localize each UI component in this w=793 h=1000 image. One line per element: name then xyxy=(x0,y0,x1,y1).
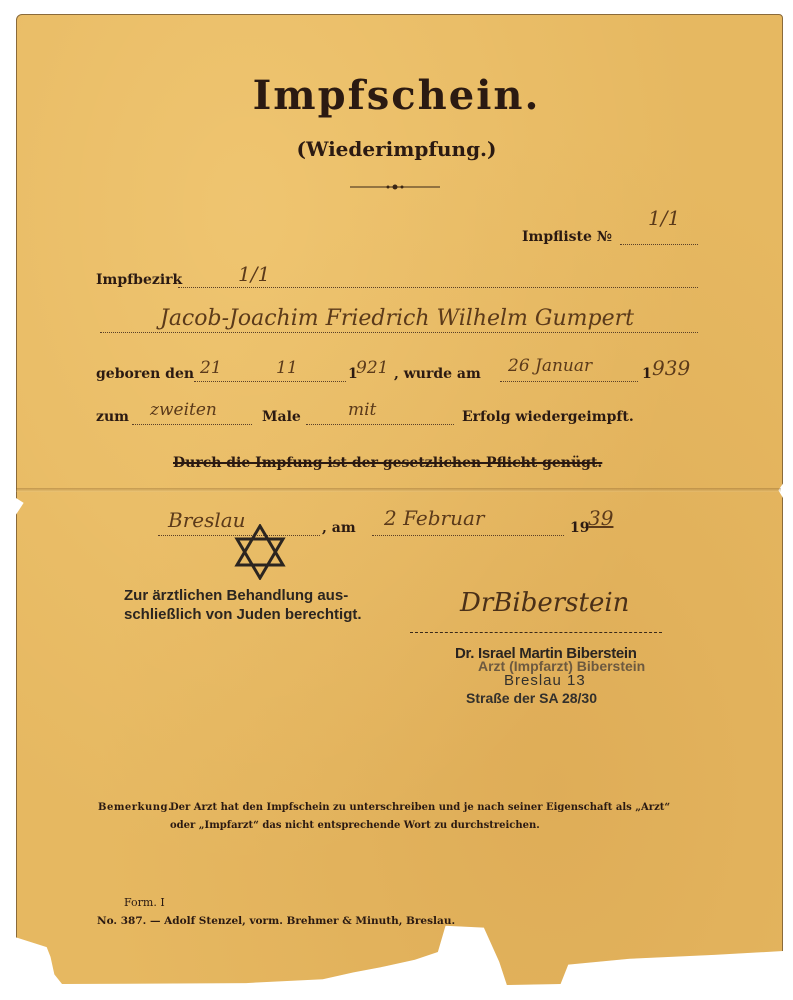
doctor-stamp-street: Straße der SA 28/30 xyxy=(466,690,597,706)
times-line xyxy=(132,424,252,425)
jewish-restriction-line-1: Zur ärztlichen Behandlung aus- xyxy=(124,587,348,604)
impfbezirk-label: Impfbezirk xyxy=(96,272,182,288)
born-label: geboren den xyxy=(96,366,194,382)
born-date-line xyxy=(194,381,346,382)
remark-line-1: Der Arzt hat den Impfschein zu unterschr… xyxy=(170,802,670,813)
date-year: 39 xyxy=(588,506,613,530)
born-month: 11 xyxy=(276,358,298,378)
impfliste-value: 1/1 xyxy=(648,206,680,230)
impfliste-label: Impfliste № xyxy=(522,229,612,245)
document-subtitle: (Wiederimpfung.) xyxy=(0,137,793,161)
star-of-david-icon xyxy=(234,524,286,580)
fold-crease xyxy=(16,488,781,492)
form-number: Form. I xyxy=(124,896,165,909)
vaccinated-year-prefix: 1 xyxy=(642,366,652,382)
zum-label: zum xyxy=(96,409,129,425)
printer-line: No. 387. — Adolf Stenzel, vorm. Brehmer … xyxy=(97,915,455,927)
date-line xyxy=(372,535,564,536)
erfolg-label: Erfolg wiedergeimpft. xyxy=(462,409,634,425)
result-line xyxy=(306,424,454,425)
impfliste-line xyxy=(620,244,698,245)
name-line xyxy=(100,332,698,333)
date-year-prefix: 19 xyxy=(570,520,589,536)
document-title: Impfschein. xyxy=(0,72,793,119)
doctor-signature: DrBiberstein xyxy=(460,588,629,618)
times-value: zweiten xyxy=(150,400,217,420)
male-label: Male xyxy=(262,409,301,425)
impfbezirk-value: 1/1 xyxy=(238,262,270,286)
remark-line-2: oder „Impfarzt“ das nicht entsprechende … xyxy=(170,820,540,831)
date-value: 2 Februar xyxy=(384,506,484,530)
impfbezirk-line xyxy=(178,287,698,288)
jewish-restriction-line-2: schließlich von Juden berechtigt. xyxy=(124,606,362,623)
vaccinated-label: , wurde am xyxy=(394,366,481,382)
am-label: , am xyxy=(322,520,356,536)
born-day: 21 xyxy=(200,358,222,378)
doctor-stamp-city: Breslau 13 xyxy=(504,672,586,689)
vaccinated-date-line xyxy=(500,381,638,382)
vaccinated-year: 939 xyxy=(652,356,690,380)
signature-line xyxy=(410,632,662,633)
struck-legal-sentence: Durch die Impfung ist der gesetzlichen P… xyxy=(173,455,602,471)
ornament-divider-icon xyxy=(350,184,440,190)
person-name: Jacob-Joachim Friedrich Wilhelm Gumpert xyxy=(160,306,634,331)
remark-label: Bemerkung. xyxy=(98,802,172,813)
result-value: mit xyxy=(348,400,376,420)
vaccinated-date: 26 Januar xyxy=(508,356,592,376)
born-year: 921 xyxy=(356,358,388,378)
